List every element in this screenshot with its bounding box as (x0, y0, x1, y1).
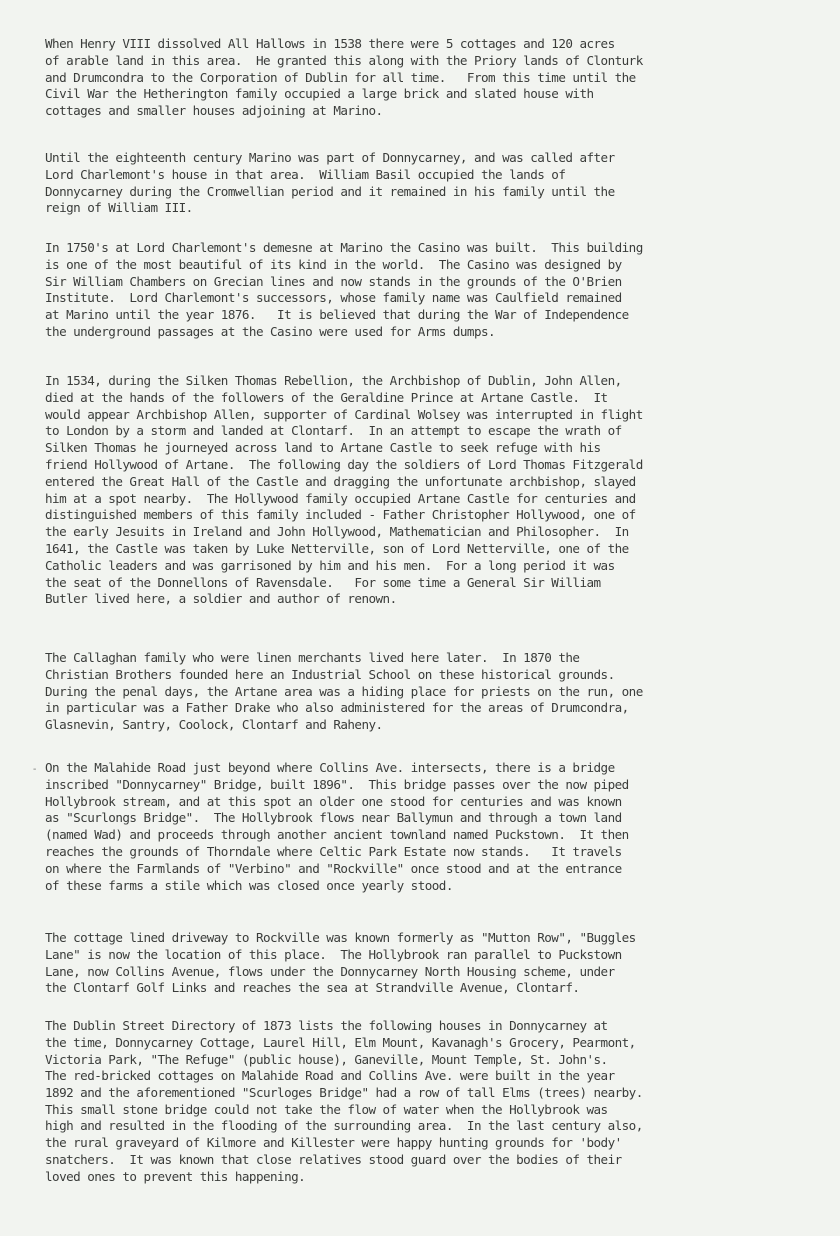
text-line: Butler lived here, a soldier and author … (45, 591, 840, 608)
text-line: Lane, now Collins Avenue, flows under th… (45, 964, 840, 981)
text-line: In 1750's at Lord Charlemont's demesne a… (45, 240, 840, 257)
text-line: loved ones to prevent this happening. (45, 1169, 840, 1186)
paragraph-all-hallows: When Henry VIII dissolved All Hallows in… (45, 36, 840, 120)
text-line: 1641, the Castle was taken by Luke Nette… (45, 541, 840, 558)
text-line: and Drumcondra to the Corporation of Dub… (45, 70, 840, 87)
text-line: the underground passages at the Casino w… (45, 324, 840, 341)
margin-mark: - (33, 764, 36, 775)
text-line: him at a spot nearby. The Hollywood fami… (45, 491, 840, 508)
text-line: 1892 and the aforementioned "Scurloges B… (45, 1085, 840, 1102)
text-line: in particular was a Father Drake who als… (45, 700, 840, 717)
text-line: as "Scurlongs Bridge". The Hollybrook fl… (45, 810, 840, 827)
text-line: at Marino until the year 1876. It is bel… (45, 307, 840, 324)
text-line: During the penal days, the Artane area w… (45, 684, 840, 701)
text-line: Institute. Lord Charlemont's successors,… (45, 290, 840, 307)
text-line: reign of William III. (45, 200, 840, 217)
text-line: snatchers. It was known that close relat… (45, 1152, 840, 1169)
text-line: Catholic leaders and was garrisoned by h… (45, 558, 840, 575)
text-line: the early Jesuits in Ireland and John Ho… (45, 524, 840, 541)
text-line: (named Wad) and proceeds through another… (45, 827, 840, 844)
text-line: Until the eighteenth century Marino was … (45, 150, 840, 167)
text-line: Lane" is now the location of this place.… (45, 947, 840, 964)
text-line: Sir William Chambers on Grecian lines an… (45, 274, 840, 291)
text-line: distinguished members of this family inc… (45, 507, 840, 524)
text-line: of these farms a stile which was closed … (45, 878, 840, 895)
text-line: on where the Farmlands of "Verbino" and … (45, 861, 840, 878)
text-line: On the Malahide Road just beyond where C… (45, 760, 840, 777)
text-line: In 1534, during the Silken Thomas Rebell… (45, 373, 840, 390)
paragraph-artane-castle: In 1534, during the Silken Thomas Rebell… (45, 373, 840, 608)
text-line: to London by a storm and landed at Clont… (45, 423, 840, 440)
text-line: The Dublin Street Directory of 1873 list… (45, 1018, 840, 1035)
paragraph-street-directory: The Dublin Street Directory of 1873 list… (45, 1018, 840, 1068)
text-line: Silken Thomas he journeyed across land t… (45, 440, 840, 457)
paragraph-casino: In 1750's at Lord Charlemont's demesne a… (45, 240, 840, 341)
text-line: of arable land in this area. He granted … (45, 53, 840, 70)
text-line: This small stone bridge could not take t… (45, 1102, 840, 1119)
text-line: Hollybrook stream, and at this spot an o… (45, 794, 840, 811)
text-line: Donnycarney during the Cromwellian perio… (45, 184, 840, 201)
text-line: would appear Archbishop Allen, supporter… (45, 407, 840, 424)
paragraph-rockville-driveway: The cottage lined driveway to Rockville … (45, 930, 840, 997)
text-line: The red-bricked cottages on Malahide Roa… (45, 1068, 840, 1085)
text-line: Civil War the Hetherington family occupi… (45, 86, 840, 103)
text-line: high and resulted in the flooding of the… (45, 1118, 840, 1135)
text-line: Victoria Park, "The Refuge" (public hous… (45, 1052, 840, 1069)
text-line: The Callaghan family who were linen merc… (45, 650, 840, 667)
text-line: friend Hollywood of Artane. The followin… (45, 457, 840, 474)
text-line: Glasnevin, Santry, Coolock, Clontarf and… (45, 717, 840, 734)
text-line: The cottage lined driveway to Rockville … (45, 930, 840, 947)
text-line: is one of the most beautiful of its kind… (45, 257, 840, 274)
text-line: inscribed "Donnycarney" Bridge, built 18… (45, 777, 840, 794)
text-line: the seat of the Donnellons of Ravensdale… (45, 575, 840, 592)
text-line: the rural graveyard of Kilmore and Kille… (45, 1135, 840, 1152)
text-line: Lord Charlemont's house in that area. Wi… (45, 167, 840, 184)
paragraph-callaghan-family: The Callaghan family who were linen merc… (45, 650, 840, 734)
text-line: died at the hands of the followers of th… (45, 390, 840, 407)
text-line: reaches the grounds of Thorndale where C… (45, 844, 840, 861)
text-line: entered the Great Hall of the Castle and… (45, 474, 840, 491)
text-line: cottages and smaller houses adjoining at… (45, 103, 840, 120)
text-line: Christian Brothers founded here an Indus… (45, 667, 840, 684)
text-line: When Henry VIII dissolved All Hallows in… (45, 36, 840, 53)
text-line: the time, Donnycarney Cottage, Laurel Hi… (45, 1035, 840, 1052)
paragraph-red-bricked-cottages: The red-bricked cottages on Malahide Roa… (45, 1068, 840, 1186)
text-line: the Clontarf Golf Links and reaches the … (45, 980, 840, 997)
paragraph-marino-donnycarney: Until the eighteenth century Marino was … (45, 150, 840, 217)
paragraph-donnycarney-bridge: On the Malahide Road just beyond where C… (45, 760, 840, 894)
